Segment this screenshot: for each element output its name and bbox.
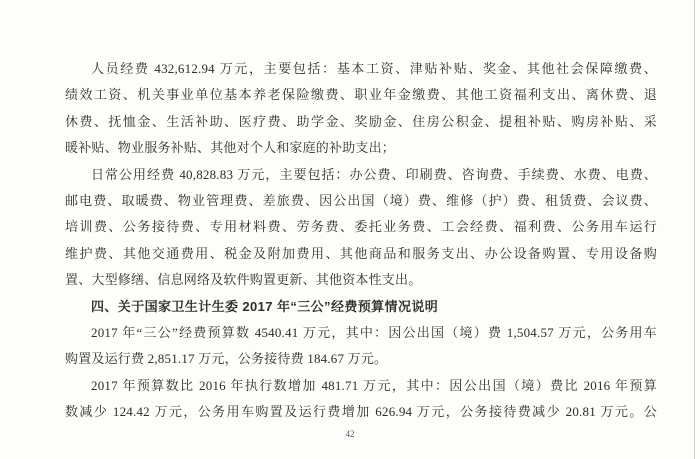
text-line-content: 数减少 124.42 万元，公务用车购置及运行费增加 626.94 万元，公务接… — [65, 404, 657, 419]
text-line-content: 2017 年“三公”经费预算数 4540.41 万元，其中：因公出国（境）费 1… — [91, 325, 657, 340]
text-line: 培训费、公务接待费、专用材料费、劳务费、委托业务费、工会经费、福利费、公务用车运… — [65, 214, 657, 240]
text-line-content: 邮电费、取暖费、物业管理费、差旅费、因公出国（境）费、维修（护）费、租赁费、会议… — [65, 193, 657, 208]
text-line-content: 暖补贴、物业服务补贴、其他对个人和家庭的补助支出； — [65, 140, 395, 155]
text-line-content: 2017 年预算数比 2016 年执行数增加 481.71 万元，其中：因公出国… — [91, 378, 657, 393]
text-line: 数减少 124.42 万元，公务用车购置及运行费增加 626.94 万元，公务接… — [65, 399, 657, 425]
text-line: 日常公用经费 40,828.83 万元，主要包括：办公费、印刷费、咨询费、手续费… — [65, 162, 657, 188]
text-line: 暖补贴、物业服务补贴、其他对个人和家庭的补助支出； — [65, 135, 657, 161]
text-line-content: 置、大型修缮、信息网络及软件购置更新、其他资本性支出。 — [65, 272, 421, 287]
document-lines: 人员经费 432,612.94 万元，主要包括：基本工资、津贴补贴、奖金、其他社… — [65, 56, 657, 425]
text-line: 四、关于国家卫生计生委 2017 年“三公”经费预算情况说明 — [65, 294, 657, 320]
text-line-content: 四、关于国家卫生计生委 2017 年“三公”经费预算情况说明 — [91, 299, 438, 314]
page-edge-line — [694, 0, 695, 459]
text-line: 置、大型修缮、信息网络及软件购置更新、其他资本性支出。 — [65, 267, 657, 293]
text-line-content: 购置及运行费 2,851.17 万元，公务接待费 184.67 万元。 — [65, 351, 387, 366]
text-line-content: 日常公用经费 40,828.83 万元，主要包括：办公费、印刷费、咨询费、手续费… — [91, 167, 657, 182]
text-line: 购置及运行费 2,851.17 万元，公务接待费 184.67 万元。 — [65, 346, 657, 372]
text-line: 休费、抚恤金、生活补助、医疗费、助学金、奖励金、住房公积金、提租补贴、购房补贴、… — [65, 109, 657, 135]
text-line-content: 维护费、其他交通费用、税金及附加费用、其他商品和服务支出、办公设备购置、专用设备… — [65, 246, 657, 261]
text-line: 2017 年预算数比 2016 年执行数增加 481.71 万元，其中：因公出国… — [65, 373, 657, 399]
page-number: 42 — [0, 429, 700, 439]
text-line: 绩效工资、机关事业单位基本养老保险缴费、职业年金缴费、其他工资福利支出、离休费、… — [65, 82, 657, 108]
text-line-content: 人员经费 432,612.94 万元，主要包括：基本工资、津贴补贴、奖金、其他社… — [91, 61, 657, 76]
text-line: 邮电费、取暖费、物业管理费、差旅费、因公出国（境）费、维修（护）费、租赁费、会议… — [65, 188, 657, 214]
text-line: 维护费、其他交通费用、税金及附加费用、其他商品和服务支出、办公设备购置、专用设备… — [65, 241, 657, 267]
text-line-content: 休费、抚恤金、生活补助、医疗费、助学金、奖励金、住房公积金、提租补贴、购房补贴、… — [65, 114, 657, 129]
text-line: 2017 年“三公”经费预算数 4540.41 万元，其中：因公出国（境）费 1… — [65, 320, 657, 346]
text-line: 人员经费 432,612.94 万元，主要包括：基本工资、津贴补贴、奖金、其他社… — [65, 56, 657, 82]
text-line-content: 绩效工资、机关事业单位基本养老保险缴费、职业年金缴费、其他工资福利支出、离休费、… — [65, 87, 657, 102]
text-line-content: 培训费、公务接待费、专用材料费、劳务费、委托业务费、工会经费、福利费、公务用车运… — [65, 219, 657, 234]
document-page: 人员经费 432,612.94 万元，主要包括：基本工资、津贴补贴、奖金、其他社… — [0, 0, 700, 459]
